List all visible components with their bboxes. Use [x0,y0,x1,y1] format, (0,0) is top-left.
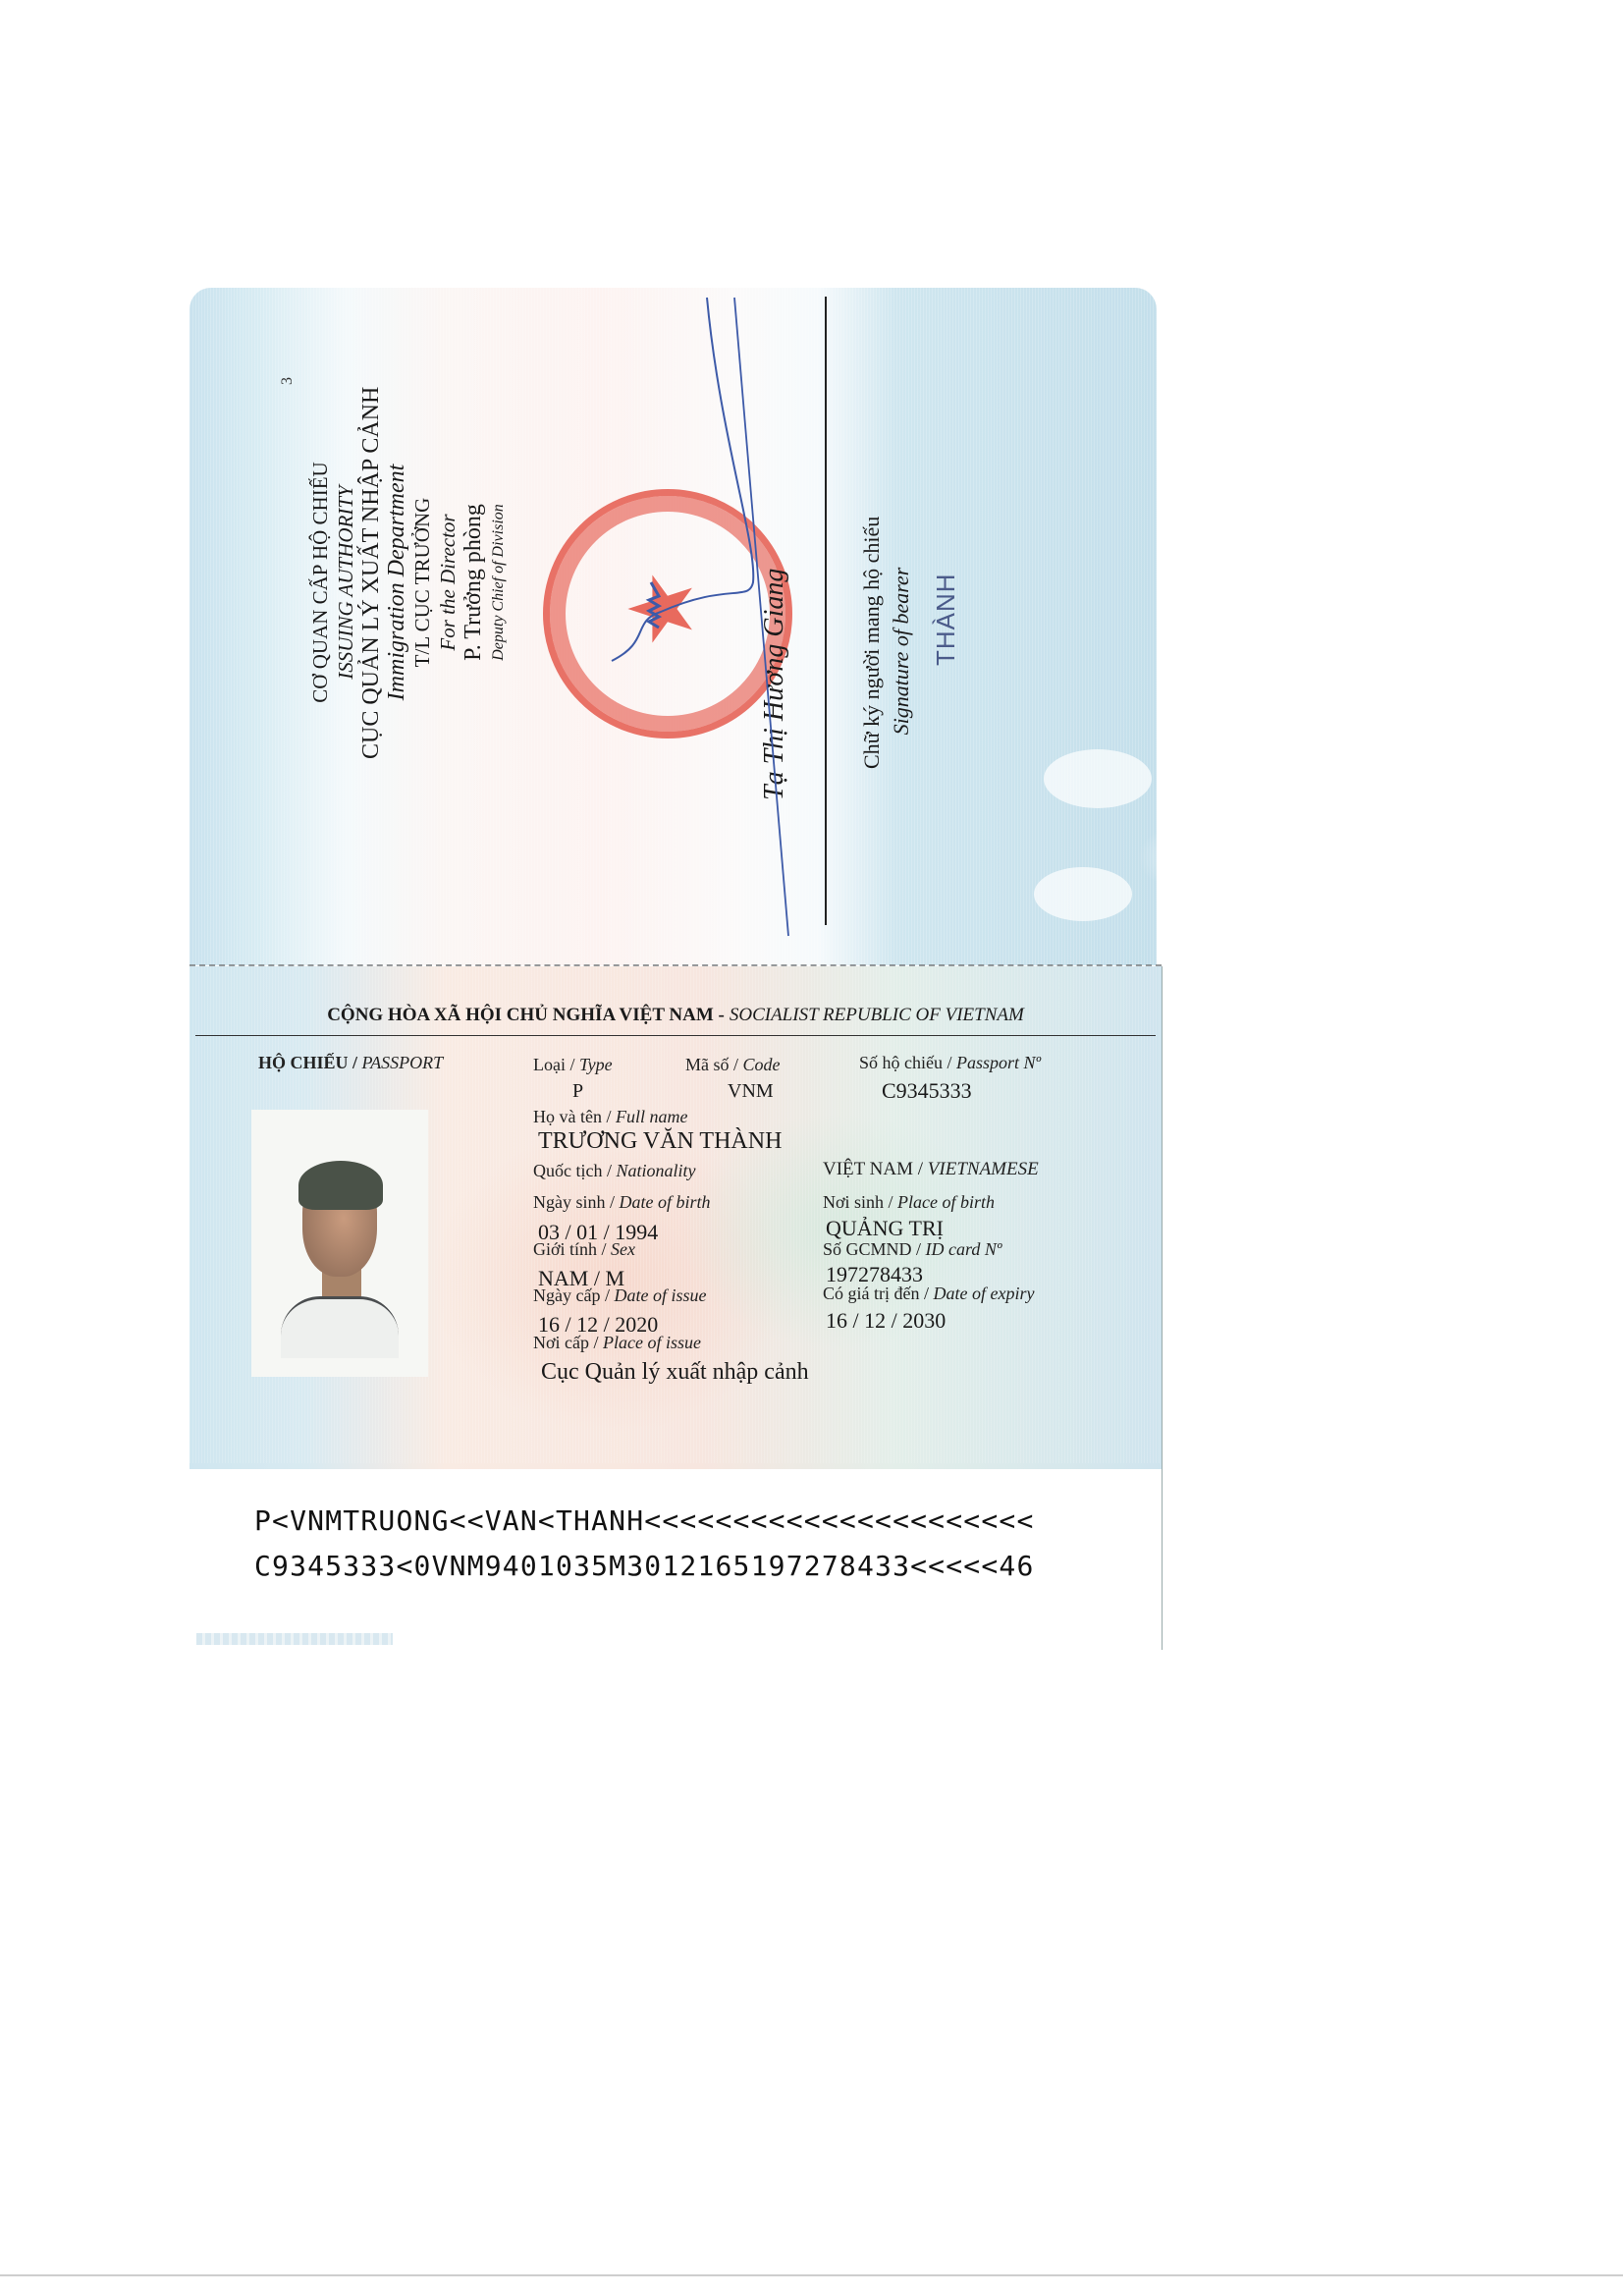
page-edge-strip [196,1633,393,1645]
passport-no-label: Số hộ chiếu / Passport Nº [859,1053,1041,1073]
passport-data-page: CỘNG HÒA XÃ HỘI CHỦ NGHĨA VIỆT NAM - SOC… [189,966,1163,1650]
document-title-en: PASSPORT [362,1053,444,1072]
document-title-vn: HỘ CHIẾU / [258,1053,357,1072]
full-name-value: TRƯƠNG VĂN THÀNH [538,1128,782,1155]
signature-divider [825,297,827,925]
machine-readable-zone: P<VNMTRUONG<<VAN<THANH<<<<<<<<<<<<<<<<<<… [189,1469,1162,1650]
full-name-label: Họ và tên / Full name [533,1107,687,1127]
passport-no-value: C9345333 [882,1078,972,1104]
place-of-issue-value: Cục Quản lý xuất nhập cảnh [541,1359,809,1386]
id-card-label: Số GCMND / ID card Nº [823,1239,1001,1260]
bearer-signature-label: Chữ ký người mang hộ chiếu Signature of … [857,533,916,769]
expiry-date-value: 16 / 12 / 2030 [826,1308,946,1334]
code-label: Mã số / Code [685,1055,781,1075]
republic-en: SOCIALIST REPUBLIC OF VIETNAM [730,1005,1024,1026]
sex-label: Giới tính / Sex [533,1239,635,1260]
mrz-line-1: P<VNMTRUONG<<VAN<THANH<<<<<<<<<<<<<<<<<<… [254,1504,1035,1537]
pob-value: QUẢNG TRỊ [826,1216,944,1241]
document-title: HỘ CHIẾU / PASSPORT [258,1053,443,1073]
holder-photo [251,1110,428,1377]
type-label: Loại / Type [533,1055,613,1075]
nationality-value: VIỆT NAM / VIETNAMESE [823,1159,1039,1180]
bearer-signature: THÀNH [931,573,961,666]
mrz-line-2: C9345333<0VNM9401035M3012165197278433<<<… [254,1550,1035,1582]
expiry-date-label: Có giá trị đến / Date of expiry [823,1284,1034,1304]
scan-edge-line [0,2274,1623,2276]
bearer-signature-label-vn: Chữ ký người mang hộ chiếu [857,533,887,769]
issue-date-label: Ngày cấp / Date of issue [533,1285,706,1306]
official-signature [189,288,1157,965]
nationality-label: Quốc tịch / Nationality [533,1161,695,1181]
code-value: VNM [728,1080,774,1103]
place-of-issue-label: Nơi cấp / Place of issue [533,1333,701,1353]
republic-vn: CỘNG HÒA XÃ HỘI CHỦ NGHĨA VIỆT NAM - [327,1005,725,1026]
observation-page: 3 ★ CƠ QUAN CẤP HỘ CHIẾU ISSUING AUTHORI… [189,288,1157,965]
republic-header: CỘNG HÒA XÃ HỘI CHỦ NGHĨA VIỆT NAM - SOC… [195,996,1156,1036]
bearer-signature-label-en: Signature of bearer [887,533,916,769]
type-value: P [572,1080,583,1103]
pob-label: Nơi sinh / Place of birth [823,1192,995,1213]
dob-label: Ngày sinh / Date of birth [533,1192,711,1213]
